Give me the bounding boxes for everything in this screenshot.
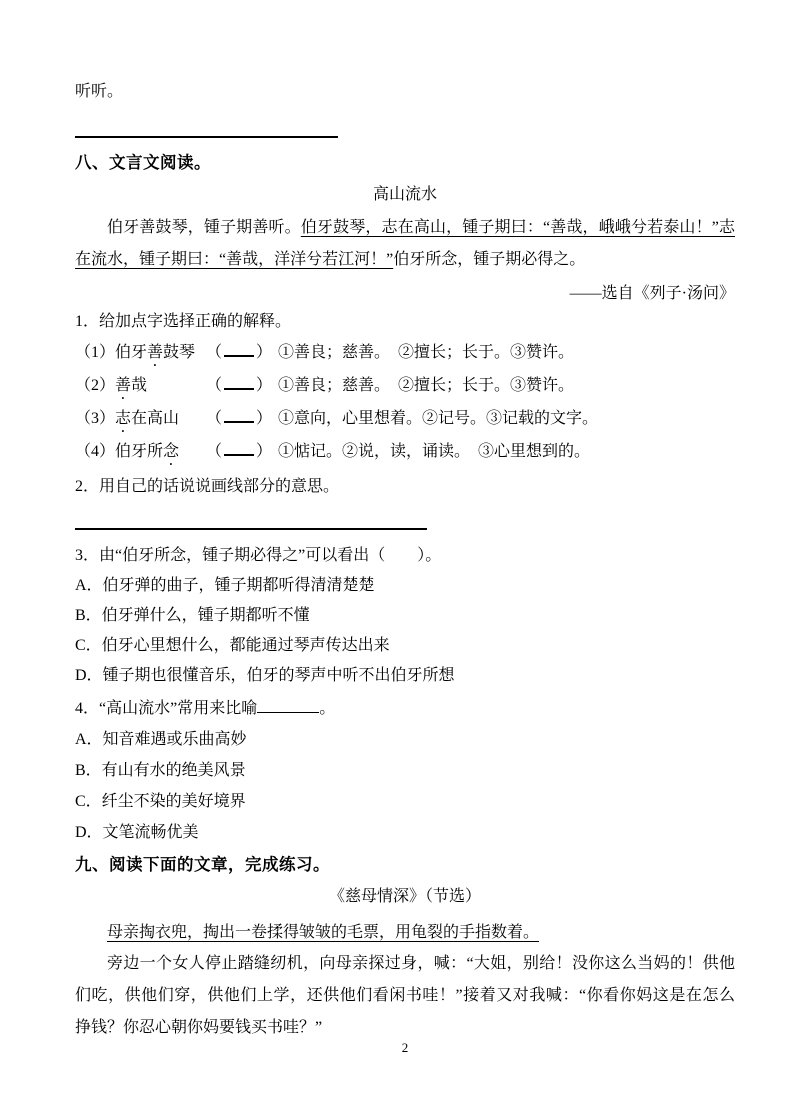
paren-open: （	[206, 443, 222, 460]
page-number: 2	[75, 1038, 735, 1058]
passage-title: 高山流水	[75, 179, 735, 210]
paren-close: ）	[256, 410, 272, 427]
answer-parens: （）	[206, 436, 278, 469]
section-9-heading: 九、阅读下面的文章，完成练习。	[75, 850, 735, 881]
question-4-option-a: A．知音难遇或乐曲高妙	[75, 724, 735, 755]
question-1-row-4: （4）伯牙所念 （） ①惦记。②说，读，诵读。 ③心里想到的。	[75, 436, 735, 469]
question-4-stem: 4．“高山流水”常用来比喻。	[75, 693, 735, 724]
phrase-text: （3）	[75, 410, 115, 427]
question-3-option-d: D．锺子期也很懂音乐，伯牙的琴声中听不出伯牙所想	[75, 661, 735, 691]
paren-close: ）	[256, 377, 272, 394]
phrase-text: 鼓琴	[163, 344, 195, 361]
choice-list: ①惦记。②说，读，诵读。 ③心里想到的。	[278, 436, 735, 469]
paren-open: （	[206, 344, 222, 361]
answer-blank[interactable]	[224, 408, 254, 423]
passage-underlined-text: 伯牙鼓琴，志在高山，锺子期曰：“善哉，峨峨兮若泰山！”志	[301, 219, 735, 236]
question-1-row-1: （1）伯牙善鼓琴 （） ①善良；慈善。 ②擅长；长于。③赞许。	[75, 337, 735, 370]
question-3-option-a: A．伯牙弹的曲子，锺子期都听得清清楚楚	[75, 571, 735, 601]
paren-open: （	[206, 410, 222, 427]
stem-text: 4．“高山流水”常用来比喻	[75, 700, 257, 717]
page-content: 听听。 八、文言文阅读。 高山流水 伯牙善鼓琴，锺子期善听。伯牙鼓琴，志在高山，…	[75, 0, 735, 1043]
question-4-option-b: B．有山有水的绝美风景	[75, 755, 735, 786]
phrase-text: 在高山	[131, 410, 179, 427]
question-4-option-d: D．文笔流畅优美	[75, 817, 735, 848]
question-3-stem: 3．由“伯牙所念，锺子期必得之”可以看出（ ）。	[75, 540, 735, 571]
answer-parens: （）	[206, 403, 278, 436]
choice-list: ①善良；慈善。 ②擅长；长于。③赞许。	[278, 337, 735, 370]
paren-close: ）	[256, 443, 272, 460]
paren-open: （	[206, 377, 222, 394]
phrase-text: （4）伯牙所	[75, 443, 163, 460]
question-3-option-b: B．伯牙弹什么，锺子期都听不懂	[75, 601, 735, 631]
choice-list: ①善良；慈善。 ②擅长；长于。③赞许。	[278, 370, 735, 403]
dotted-character: 志	[115, 410, 131, 427]
dotted-character: 善	[147, 344, 163, 361]
question-4-option-c: C．纤尘不染的美好境界	[75, 786, 735, 817]
stem-text: 。	[319, 700, 335, 717]
passage-underlined-text: 母亲掏衣兜，掏出一卷揉得皱皱的毛票，用龟裂的手指数着。	[107, 924, 539, 941]
passage-line-2: 在流水，锺子期曰：“善哉，洋洋兮若江河！”伯牙所念，锺子期必得之。	[75, 244, 735, 275]
phrase-text: （1）伯牙	[75, 344, 147, 361]
reading-passage-line-2: 旁边一个女人停止踏缝纫机，向母亲探过身，喊：“大姐，别给！没你这么当妈的！供他	[75, 948, 735, 979]
previous-answer-text: 听听。	[75, 76, 735, 107]
answer-parens: （）	[206, 337, 278, 370]
passage-text: 伯牙善鼓琴，锺子期善听。	[107, 219, 301, 236]
answer-blank[interactable]	[224, 441, 254, 456]
dotted-character: 善	[115, 377, 131, 394]
answer-parens: （）	[206, 370, 278, 403]
row-phrase: （4）伯牙所念	[75, 436, 206, 469]
row-phrase: （2）善哉	[75, 370, 206, 403]
passage-text: 伯牙所念，锺子期必得之。	[393, 251, 585, 268]
passage-underlined-text: 在流水，锺子期曰：“善哉，洋洋兮若江河！”	[75, 251, 393, 268]
reading-passage-line-1: 母亲掏衣兜，掏出一卷揉得皱皱的毛票，用龟裂的手指数着。	[75, 917, 735, 948]
question-1-stem: 1．给加点字选择正确的解释。	[75, 306, 735, 337]
passage-line-1: 伯牙善鼓琴，锺子期善听。伯牙鼓琴，志在高山，锺子期曰：“善哉，峨峨兮若泰山！”志	[75, 212, 735, 243]
question-1-row-2: （2）善哉 （） ①善良；慈善。 ②擅长；长于。③赞许。	[75, 370, 735, 403]
exam-document-page: 听听。 八、文言文阅读。 高山流水 伯牙善鼓琴，锺子期善听。伯牙鼓琴，志在高山，…	[0, 0, 790, 1118]
question-3-option-c: C．伯牙心里想什么，都能通过琴声传达出来	[75, 631, 735, 661]
reading-passage-line-3: 们吃，供他们穿，供他们上学，还供他们看闲书哇！”接着又对我喊：“你看你妈这是在怎…	[75, 980, 735, 1011]
question-2-stem: 2．用自己的话说说画线部分的意思。	[75, 471, 735, 502]
passage-source: ——选自《列子·汤问》	[75, 278, 735, 309]
fill-in-blank[interactable]	[257, 699, 319, 713]
question-1-row-3: （3）志在高山 （） ①意向，心里想着。②记号。③记载的文字。	[75, 403, 735, 436]
dotted-character: 念	[163, 443, 179, 460]
answer-blank-line[interactable]	[75, 499, 427, 530]
choice-list: ①意向，心里想着。②记号。③记载的文字。	[278, 403, 735, 436]
answer-blank[interactable]	[224, 375, 254, 390]
row-phrase: （1）伯牙善鼓琴	[75, 337, 206, 370]
answer-blank-line[interactable]	[75, 107, 338, 138]
section-8-heading: 八、文言文阅读。	[75, 148, 735, 179]
phrase-text: （2）	[75, 377, 115, 394]
answer-blank[interactable]	[224, 342, 254, 357]
reading-passage-title: 《慈母情深》（节选）	[75, 881, 735, 912]
row-phrase: （3）志在高山	[75, 403, 206, 436]
paren-close: ）	[256, 344, 272, 361]
phrase-text: 哉	[131, 377, 147, 394]
